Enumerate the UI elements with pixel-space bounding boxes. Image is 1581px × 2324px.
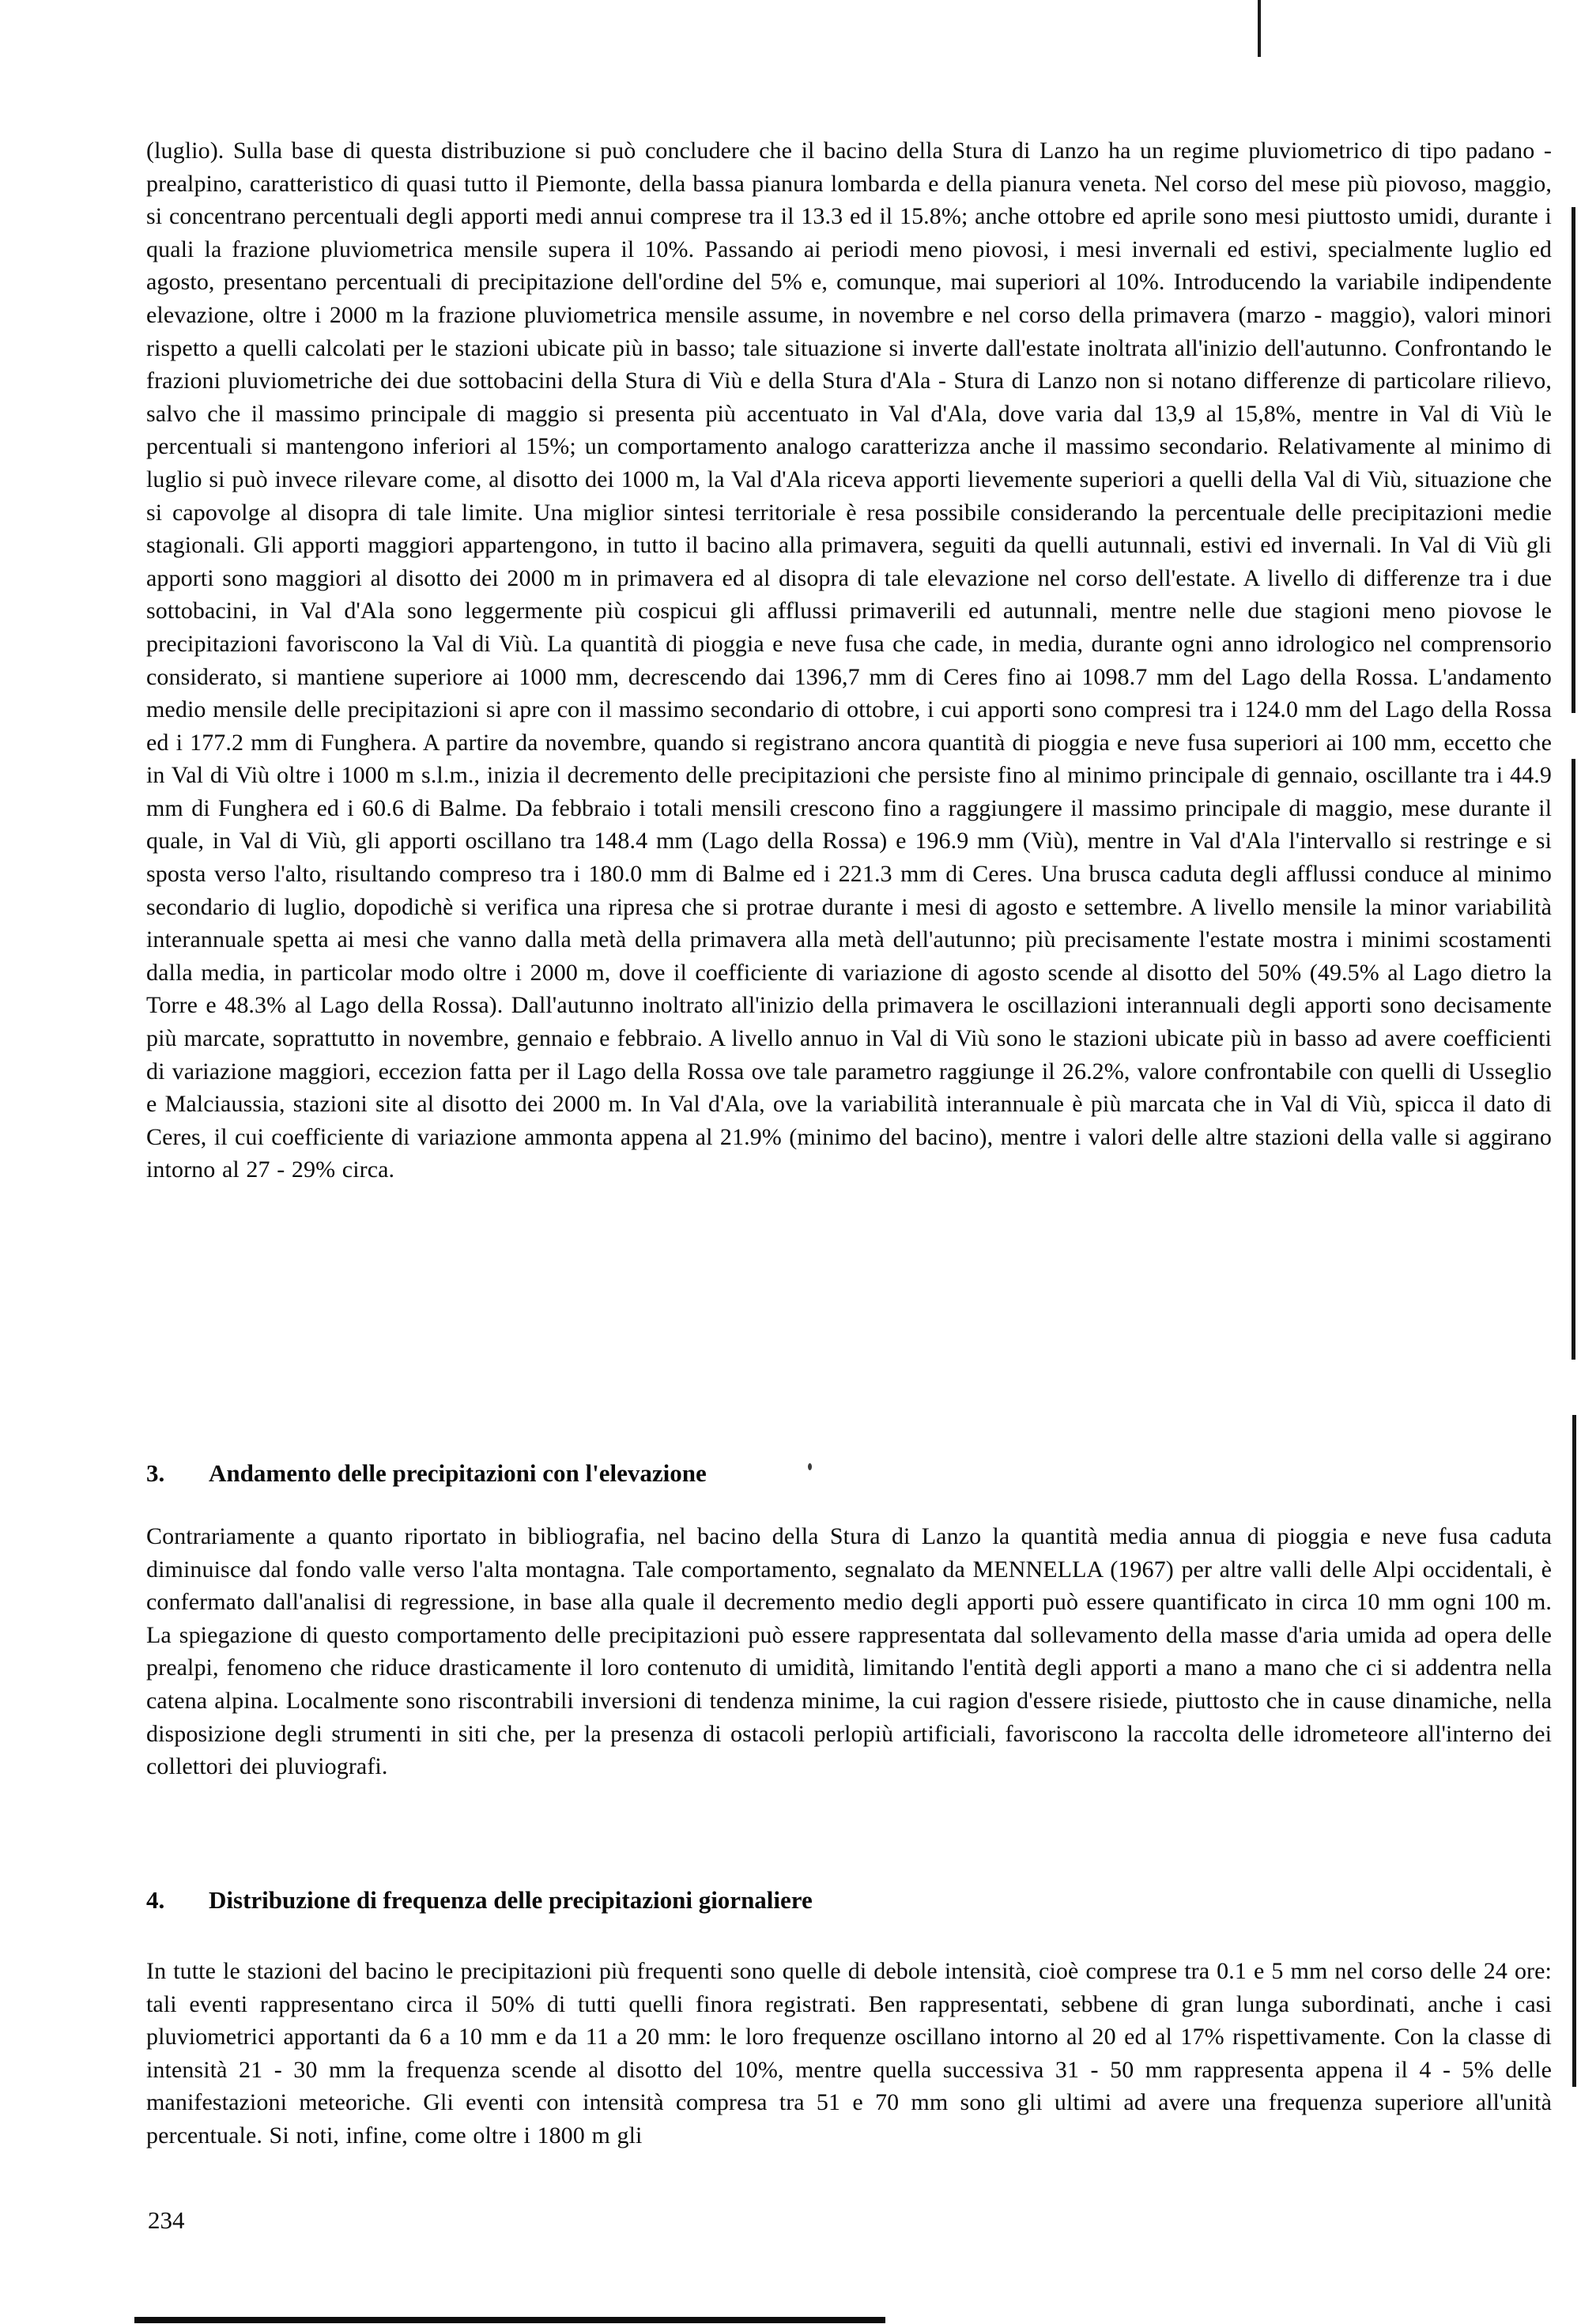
paragraph-elevation-trend: Contrariamente a quanto riportato in bib… xyxy=(146,1520,1552,1783)
scan-tick-top-right xyxy=(1258,0,1261,57)
paragraph-daily-frequency: In tutte le stazioni del bacino le preci… xyxy=(146,1955,1552,2152)
paragraph-pluviometric-regime: (luglio). Sulla base di questa distribuz… xyxy=(146,134,1552,1187)
scan-edge-line-right xyxy=(1572,759,1575,1360)
section-title: Distribuzione di frequenza delle precipi… xyxy=(209,1886,813,1914)
section-title: Andamento delle precipitazioni con l'ele… xyxy=(209,1459,707,1487)
section-heading-3: 3.Andamento delle precipitazioni con l'e… xyxy=(146,1457,1552,1490)
scan-strip-bottom xyxy=(134,2317,885,2323)
scanned-document-page: (luglio). Sulla base di questa distribuz… xyxy=(0,0,1581,2324)
section-number: 3. xyxy=(146,1457,209,1490)
section-heading-4: 4.Distribuzione di frequenza delle preci… xyxy=(146,1884,1552,1917)
scan-edge-line-right xyxy=(1572,207,1575,713)
scan-edge-line-right xyxy=(1572,1415,1576,2087)
scan-speck xyxy=(808,1463,812,1470)
section-number: 4. xyxy=(146,1884,209,1917)
page-number: 234 xyxy=(148,2205,185,2235)
